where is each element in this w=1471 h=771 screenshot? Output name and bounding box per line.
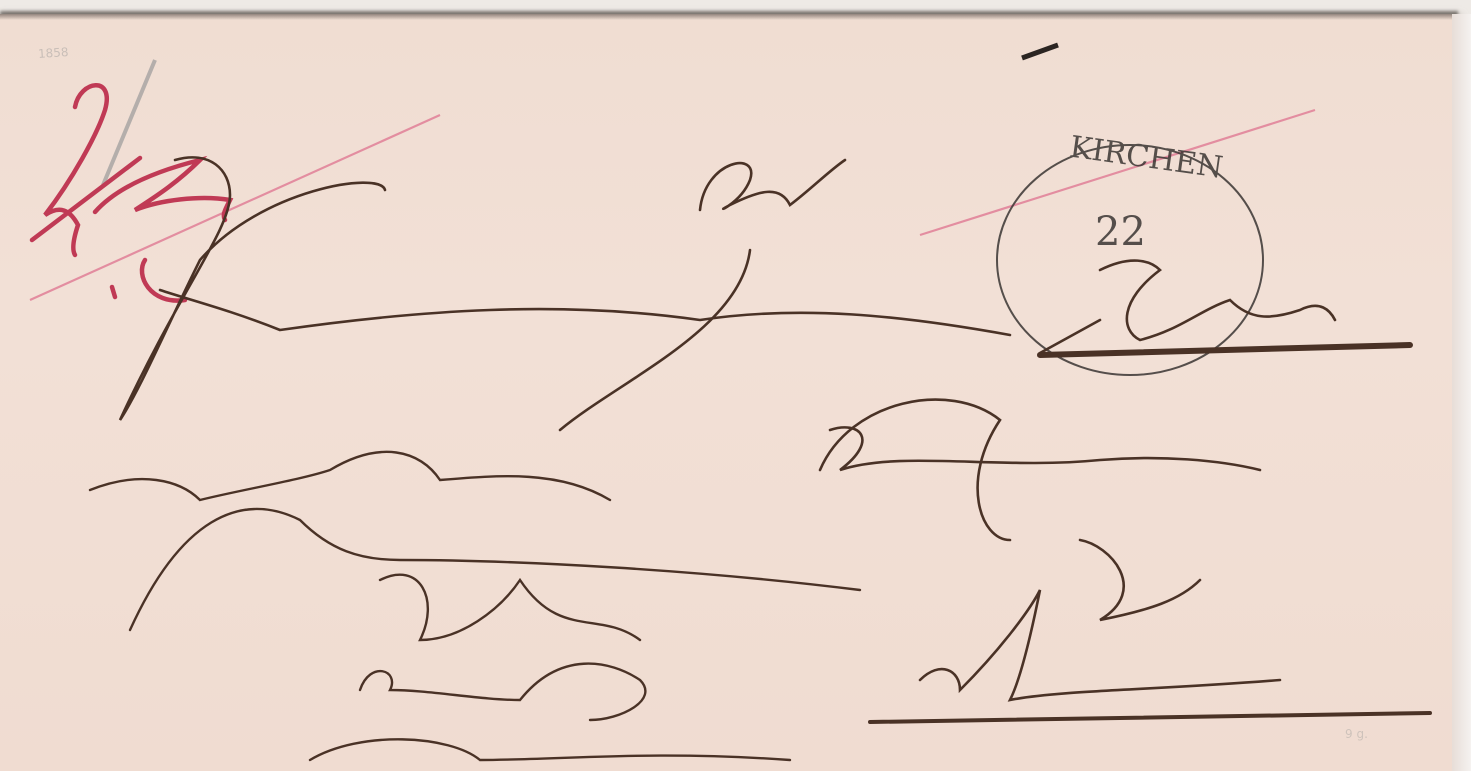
postmark-stamp: KIRCHEN 22: [997, 130, 1263, 375]
svg-text:22: 22: [1095, 209, 1146, 255]
svg-text:KIRCHEN: KIRCHEN: [1067, 130, 1224, 186]
sender-handwriting: [90, 452, 860, 760]
handwriting-layer: KIRCHEN 22: [0, 0, 1471, 771]
ink-blot: [1022, 45, 1058, 58]
address-handwriting: [120, 157, 1430, 722]
